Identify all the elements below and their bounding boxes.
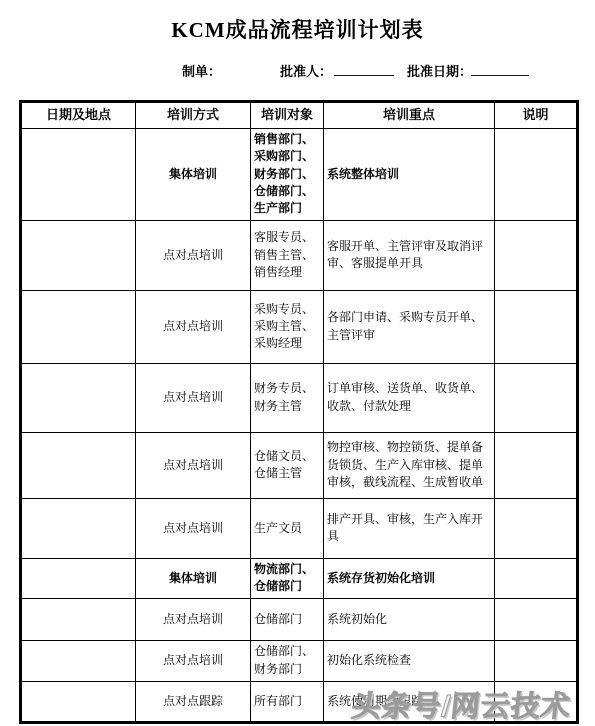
cell-note <box>495 363 578 432</box>
approver-blank-line <box>334 61 394 76</box>
cell-target: 采购专员、 采购主管、 采购经理 <box>251 290 324 363</box>
table-row: 点对点培训 仓储文员、 仓储主管 物控审核、物控锁货、提单备货锁货、生产入库审核… <box>21 432 578 498</box>
cell-target: 生产文员 <box>251 498 324 558</box>
approve-date-blank-line <box>471 61 529 76</box>
cell-date-location <box>21 640 136 681</box>
table-row: 点对点培训 生产文员 排产开具、审核，生产入库开具 <box>21 498 578 558</box>
cell-focus: 系统整体培训 <box>324 128 495 220</box>
meta-line: 制单： 批准人： 批准日期： <box>0 61 595 81</box>
cell-target: 仓储部门、 财务部门 <box>251 640 324 681</box>
page-title: KCM成品流程培训计划表 <box>0 14 595 44</box>
col-header-method: 培训方式 <box>136 102 251 129</box>
table-row: 点对点培训 采购专员、 采购主管、 采购经理 各部门申请、采购专员开单、主管评审 <box>21 290 578 363</box>
training-plan-table: 日期及地点 培训方式 培训对象 培训重点 说明 集体培训 销售部门、 采购部门、… <box>19 100 579 724</box>
cell-date-location <box>21 681 136 722</box>
cell-date-location <box>21 128 136 220</box>
cell-note <box>495 558 578 598</box>
cell-target: 仓储部门 <box>251 598 324 640</box>
table-row: 点对点培训 客服专员、 销售主管、 销售经理 客服开单、主管评审及取消评审、客服… <box>21 220 578 290</box>
table-header-row: 日期及地点 培训方式 培训对象 培训重点 说明 <box>21 102 578 129</box>
cell-target: 所有部门 <box>251 681 324 722</box>
cell-method: 点对点培训 <box>136 363 251 432</box>
col-header-date-location: 日期及地点 <box>21 102 136 129</box>
table-row: 点对点培训 仓储部门、 财务部门 初始化系统检查 <box>21 640 578 681</box>
cell-method: 点对点培训 <box>136 640 251 681</box>
table-row: 集体培训 物流部门、 仓储部门 系统存货初始化培训 <box>21 558 578 598</box>
watermark: 头条号/网云技术 <box>350 684 573 725</box>
cell-date-location <box>21 498 136 558</box>
cell-note <box>495 432 578 498</box>
cell-method: 点对点培训 <box>136 432 251 498</box>
cell-date-location <box>21 598 136 640</box>
cell-method: 点对点跟踪 <box>136 681 251 722</box>
cell-note <box>495 290 578 363</box>
cell-date-location <box>21 558 136 598</box>
cell-focus: 物控审核、物控锁货、提单备货锁货、生产入库审核、提单审核，截线流程、生成暂收单 <box>324 432 495 498</box>
cell-note <box>495 640 578 681</box>
cell-date-location <box>21 432 136 498</box>
cell-method: 点对点培训 <box>136 598 251 640</box>
cell-focus: 客服开单、主管评审及取消评审、客服提单开具 <box>324 220 495 290</box>
maker-label: 制单： <box>182 61 221 80</box>
cell-focus: 订单审核、送货单、收货单、收款、付款处理 <box>324 363 495 432</box>
cell-focus: 各部门申请、采购专员开单、主管评审 <box>324 290 495 363</box>
cell-target: 仓储文员、 仓储主管 <box>251 432 324 498</box>
table-row: 集体培训 销售部门、 采购部门、 财务部门、 仓储部门、 生产部门 系统整体培训 <box>21 128 578 220</box>
cell-note <box>495 220 578 290</box>
approve-date-label: 批准日期： <box>407 61 472 80</box>
cell-focus: 系统初始化 <box>324 598 495 640</box>
col-header-focus: 培训重点 <box>324 102 495 129</box>
cell-note <box>495 598 578 640</box>
cell-target: 物流部门、 仓储部门 <box>251 558 324 598</box>
approver-label: 批准人： <box>280 61 332 80</box>
cell-method: 集体培训 <box>136 128 251 220</box>
cell-focus: 系统存货初始化培训 <box>324 558 495 598</box>
cell-target: 财务专员、 财务主管 <box>251 363 324 432</box>
table-row: 点对点培训 财务专员、 财务主管 订单审核、送货单、收货单、收款、付款处理 <box>21 363 578 432</box>
cell-method: 点对点培训 <box>136 290 251 363</box>
cell-method: 点对点培训 <box>136 498 251 558</box>
col-header-target: 培训对象 <box>251 102 324 129</box>
document-page: KCM成品流程培训计划表 制单： 批准人： 批准日期： 日期及地点 培训方式 培… <box>0 0 595 726</box>
table-row: 点对点培训 仓储部门 系统初始化 <box>21 598 578 640</box>
cell-target: 客服专员、 销售主管、 销售经理 <box>251 220 324 290</box>
cell-date-location <box>21 363 136 432</box>
cell-date-location <box>21 290 136 363</box>
cell-method: 点对点培训 <box>136 220 251 290</box>
col-header-note: 说明 <box>495 102 578 129</box>
cell-method: 集体培训 <box>136 558 251 598</box>
cell-focus: 初始化系统检查 <box>324 640 495 681</box>
cell-focus: 排产开具、审核，生产入库开具 <box>324 498 495 558</box>
cell-date-location <box>21 220 136 290</box>
cell-note <box>495 498 578 558</box>
cell-target: 销售部门、 采购部门、 财务部门、 仓储部门、 生产部门 <box>251 128 324 220</box>
cell-note <box>495 128 578 220</box>
